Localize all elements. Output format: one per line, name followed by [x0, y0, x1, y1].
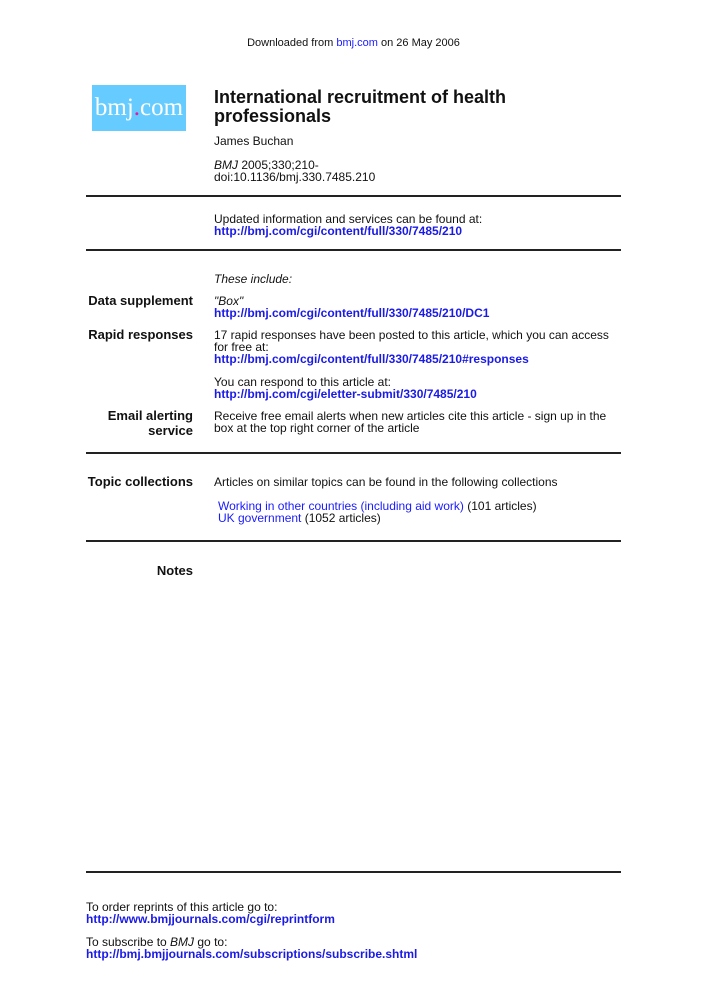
divider: [86, 871, 621, 873]
data-supplement-label: Data supplement: [88, 293, 193, 308]
article-full-text-link[interactable]: http://bmj.com/cgi/content/full/330/7485…: [214, 225, 462, 237]
topic-collection-item: UK government (1052 articles): [218, 512, 381, 524]
notes-label: Notes: [157, 563, 193, 578]
divider: [86, 195, 621, 197]
topic-collections-label: Topic collections: [88, 474, 193, 489]
rapid-responses-link[interactable]: http://bmj.com/cgi/content/full/330/7485…: [214, 353, 529, 365]
rapid-responses-label: Rapid responses: [88, 327, 193, 342]
topic-count: (1052 articles): [301, 511, 380, 525]
divider: [86, 249, 621, 251]
email-alerting-text-2: box at the top right corner of the artic…: [214, 422, 419, 434]
topic-collections-intro: Articles on similar topics can be found …: [214, 476, 558, 488]
bmj-logo: bmj.com: [92, 85, 186, 131]
divider: [86, 540, 621, 542]
download-notice: Downloaded from bmj.com on 26 May 2006: [0, 37, 707, 49]
reprints-link[interactable]: http://www.bmjjournals.com/cgi/reprintfo…: [86, 913, 335, 925]
subscribe-link[interactable]: http://bmj.bmjjournals.com/subscriptions…: [86, 948, 417, 960]
topic-link-uk-government[interactable]: UK government: [218, 511, 301, 525]
download-prefix: Downloaded from: [247, 37, 336, 49]
article-author: James Buchan: [214, 135, 293, 147]
these-include-label: These include:: [214, 273, 292, 285]
article-title: International recruitment of health prof…: [214, 88, 594, 126]
article-doi: doi:10.1136/bmj.330.7485.210: [214, 171, 375, 183]
respond-link[interactable]: http://bmj.com/cgi/eletter-submit/330/74…: [214, 388, 477, 400]
bmj-home-link[interactable]: bmj.com: [336, 37, 378, 49]
rapid-responses-text: 17 rapid responses have been posted to t…: [214, 329, 609, 341]
topic-count: (101 articles): [464, 499, 537, 513]
divider: [86, 452, 621, 454]
download-date: on 26 May 2006: [378, 37, 460, 49]
email-alerting-label: Email alertingservice: [108, 408, 193, 438]
data-supplement-link[interactable]: http://bmj.com/cgi/content/full/330/7485…: [214, 307, 489, 319]
